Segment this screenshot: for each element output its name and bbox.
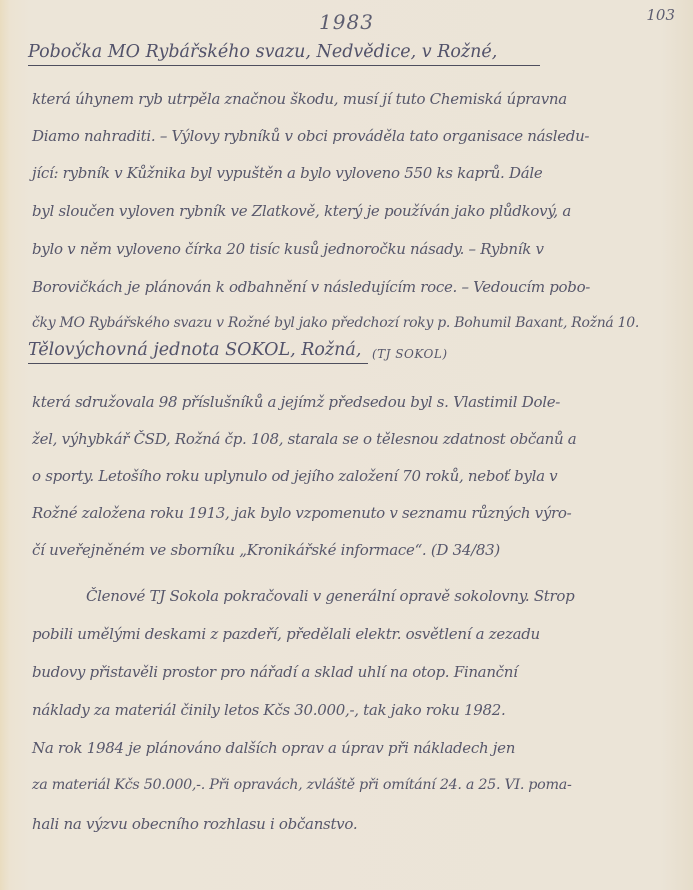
section-heading-tj-sokol: Tělovýchovná jednota SOKOL, Rožná, <box>28 340 368 364</box>
page-number: 103 <box>646 6 675 24</box>
text-line: byl sloučen vyloven rybník ve Zlatkově, … <box>32 202 571 220</box>
text-line: pobili umělými deskami z pazdeří, předěl… <box>32 625 540 643</box>
text-line: Borovičkách je plánován k odbahnění v ná… <box>32 278 590 296</box>
text-line: Členové TJ Sokola pokračovali v generáln… <box>86 587 574 605</box>
text-line: jící: rybník v Kůžnika byl vypuštěn a by… <box>32 164 542 182</box>
text-line: která úhynem ryb utrpěla značnou škodu, … <box>32 90 567 108</box>
text-line: Diamo nahraditi. – Výlovy rybníků v obci… <box>32 127 589 145</box>
heading-text: Tělovýchovná jednota SOKOL, Rožná, <box>28 340 361 360</box>
text-line: čky MO Rybářského svazu v Rožné byl jako… <box>32 315 639 331</box>
text-line: o sporty. Letošího roku uplynulo od její… <box>32 467 557 485</box>
section-heading-fishing-union: Pobočka MO Rybářského svazu, Nedvědice, … <box>28 42 540 66</box>
text-line: čí uveřejněném ve sborníku „Kronikářské … <box>32 541 500 559</box>
text-line: která sdružovala 98 příslušníků a jejímž… <box>32 393 560 411</box>
text-line: Na rok 1984 je plánováno dalších oprav a… <box>32 739 515 757</box>
heading-text: Pobočka MO Rybářského svazu, Nedvědice, … <box>28 42 497 62</box>
text-line: Rožné založena roku 1913, jak bylo vzpom… <box>32 504 571 522</box>
text-line: budovy přistavěli prostor pro nářadí a s… <box>32 663 518 681</box>
text-line: žel, výhybkář ČSD, Rožná čp. 108, staral… <box>32 430 576 448</box>
text-line: bylo v něm vyloveno čírka 20 tisíc kusů … <box>32 240 544 258</box>
text-line: náklady za materiál činily letos Kčs 30.… <box>32 701 505 719</box>
text-line: hali na výzvu obecního rozhlasu i občans… <box>32 815 357 833</box>
handwritten-chronicle-page: 1983 103 Pobočka MO Rybářského svazu, Ne… <box>0 0 693 890</box>
text-line: za materiál Kčs 50.000,-. Při opravách, … <box>32 777 571 793</box>
page-year: 1983 <box>0 10 693 34</box>
heading-note: (TJ SOKOL) <box>372 347 448 361</box>
